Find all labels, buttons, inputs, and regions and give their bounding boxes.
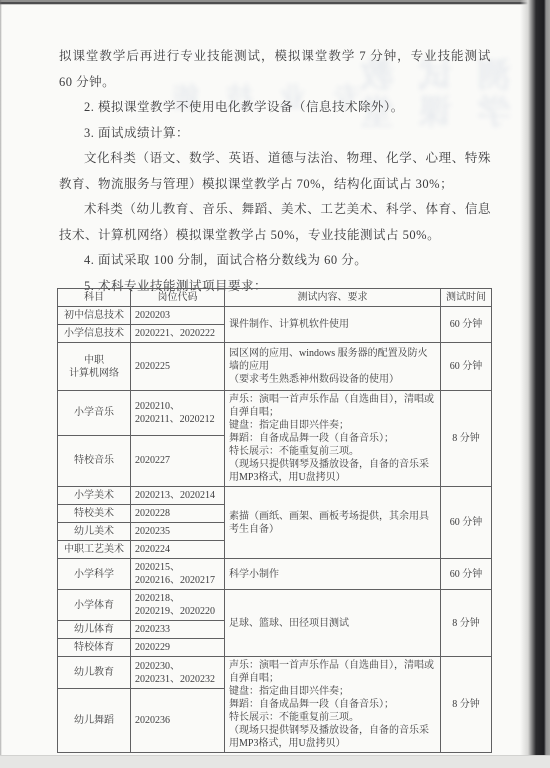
scan-edge-bottom [0,755,550,768]
code-cell: 2020235 [131,523,225,541]
paragraph-skill-category: 术科类（幼儿教育、音乐、舞蹈、美术、工艺美术、科学、体育、信息技术、计算机网络）… [59,197,491,248]
table-row: 小学体育 2020218、2020219、2020220 足球、篮球、田径项目测… [58,590,492,621]
scan-edge-top [0,0,550,5]
table-row: 小学音乐 2020210、2020211、2020212 声乐：演唱一首声乐作品… [58,391,492,436]
content-cell: 声乐：演唱一首声乐作品（自选曲目），清唱或自弹自唱； 键盘：指定曲目即兴伴奏； … [225,391,441,487]
table-row: 幼儿教育 2020230、2020231、2020232 声乐：演唱一首声乐作品… [58,657,492,689]
skills-test-table: 科目 岗位代码 测试内容、要求 测试时间 初中信息技术 2020203 课件制作… [57,288,492,753]
code-cell: 2020233 [131,621,225,639]
table-row: 小学美术 2020213、2020214 素描（画纸、画架、画板考场提供，其余用… [58,487,492,505]
subject-cell: 小学美术 [58,487,131,505]
subject-cell: 中职工艺美术 [58,541,131,559]
scan-edge-left [0,0,2,768]
content-cell: 园区网的应用、windows 服务器的配置及防火墙的应用 （要求考生熟悉神州数码… [225,343,441,391]
scan-edge-right [520,0,550,768]
paragraph-continuation: 拟课堂教学后再进行专业技能测试，模拟课堂教学 7 分钟，专业技能测试 60 分钟… [59,44,491,95]
time-cell: 8 分钟 [441,590,492,657]
subject-cell: 初中信息技术 [58,307,131,325]
document-body: 拟课堂教学后再进行专业技能测试，模拟课堂教学 7 分钟，专业技能测试 60 分钟… [59,44,491,299]
code-cell: 2020210、2020211、2020212 [131,391,225,436]
header-subject: 科目 [58,289,131,307]
content-cell: 素描（画纸、画架、画板考场提供，其余用具考生自备） [225,487,441,559]
code-cell: 2020218、2020219、2020220 [131,590,225,621]
header-content: 测试内容、要求 [225,289,441,307]
subject-cell: 小学信息技术 [58,325,131,343]
table-header-row: 科目 岗位代码 测试内容、要求 测试时间 [58,289,492,307]
code-cell: 2020236 [131,689,225,753]
subject-cell: 小学音乐 [58,391,131,436]
paragraph-item-2: 2. 模拟课堂教学不使用电化教学设备（信息技术除外）。 [59,95,491,121]
content-cell: 足球、篮球、田径项目测试 [225,590,441,657]
code-cell: 2020213、2020214 [131,487,225,505]
subject-cell: 幼儿舞蹈 [58,689,131,753]
subject-cell: 中职 计算机网络 [58,343,131,391]
header-code: 岗位代码 [131,289,225,307]
code-cell: 2020224 [131,541,225,559]
time-cell: 60 分钟 [441,487,492,559]
paragraph-item-3: 3. 面试成绩计算： [59,121,491,147]
subject-cell: 特校美术 [58,505,131,523]
content-cell: 声乐：演唱一首声乐作品（自选曲目），清唱或自弹自唱； 键盘：指定曲目即兴伴奏； … [225,657,441,753]
code-cell: 2020228 [131,505,225,523]
header-time: 测试时间 [441,289,492,307]
subject-cell: 小学科学 [58,559,131,590]
table-row: 初中信息技术 2020203 课件制作、计算机软件使用 60 分钟 [58,307,492,325]
code-cell: 2020221、2020222 [131,325,225,343]
code-cell: 2020227 [131,435,225,486]
subject-cell: 小学体育 [58,590,131,621]
subject-cell: 特校音乐 [58,435,131,486]
content-cell: 科学小制作 [225,559,441,590]
subject-cell: 幼儿美术 [58,523,131,541]
table-row: 小学科学 2020215、2020216、2020217 科学小制作 60 分钟 [58,559,492,590]
code-cell: 2020230、2020231、2020232 [131,657,225,689]
code-cell: 2020229 [131,639,225,657]
time-cell: 60 分钟 [441,559,492,590]
subject-cell: 幼儿体育 [58,621,131,639]
time-cell: 8 分钟 [441,391,492,487]
scanned-document-page: { "document": { "paragraphs": [ { "text"… [0,0,550,768]
subject-cell: 特校体育 [58,639,131,657]
time-cell: 60 分钟 [441,343,492,391]
subject-cell: 幼儿教育 [58,657,131,689]
paragraph-culture-category: 文化科类（语文、数学、英语、道德与法治、物理、化学、心理、特殊教育、物流服务与管… [59,146,491,197]
time-cell: 8 分钟 [441,657,492,753]
table-row: 中职 计算机网络 2020225 园区网的应用、windows 服务器的配置及防… [58,343,492,391]
code-cell: 2020215、2020216、2020217 [131,559,225,590]
code-cell: 2020203 [131,307,225,325]
code-cell: 2020225 [131,343,225,391]
time-cell: 60 分钟 [441,307,492,343]
content-cell: 课件制作、计算机软件使用 [225,307,441,343]
paragraph-item-4: 4. 面试采取 100 分制，面试合格分数线为 60 分。 [59,248,491,274]
